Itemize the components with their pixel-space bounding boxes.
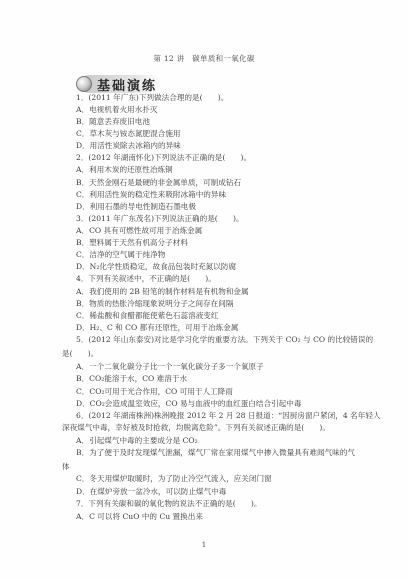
question-3-option-c: C．洁净的空气属于纯净物 <box>76 250 165 260</box>
question-2-option-b: B．天然金刚石是最硬的非金属单质，可制成钻石 <box>76 178 241 188</box>
question-2-option-a: A．利用木炭的还原性冶炼铜 <box>76 165 173 175</box>
question-6-stem: 6．(2012 年湖南株洲)株洲晚报 2012 年 2 月 28 日报道：“因厨… <box>76 411 381 421</box>
section-header: 基础演练 <box>76 73 157 95</box>
bullet-circle-icon <box>76 76 92 92</box>
question-4-option-b: B．物质的热胀冷缩现象说明分子之间存在间隔 <box>76 299 233 309</box>
question-4-option-c: C．稀盐酸和食醋都能使紫色石蕊溶液变红 <box>76 311 219 321</box>
question-1-option-a: A．电视机着火用水扑灭 <box>76 105 157 115</box>
question-6-stem-wrap: 深夜煤气中毒，幸好被及时抢救，均脱离危险”。下列有关叙述正确的是( )。 <box>62 423 330 433</box>
question-3-option-a: A．CO 具有可燃性故可用于冶炼金属 <box>76 226 202 236</box>
question-1-option-d: D．用活性炭除去冰箱内的异味 <box>76 141 181 151</box>
question-2-option-d: D．利用石墨的导电性制造石墨电极 <box>76 202 196 212</box>
question-2-stem: 2．(2012 年湖南怀化)下列说法不正确的是( )。 <box>76 153 251 163</box>
question-3-stem: 3．(2011 年广东茂名)下列说法正确的是( )。 <box>76 214 244 224</box>
question-3-option-d: D．N₂化学性质稳定，故食品包装时充氮以防腐 <box>76 262 236 272</box>
question-4-option-a: A．我们使用的 2B 铅笔的制作材料是有机物和金属 <box>76 287 249 297</box>
question-1-stem: 1．(2011 年广东)下列做法合理的是( )。 <box>76 93 228 103</box>
page-number: 1 <box>0 541 408 549</box>
question-7-stem: 7．下列有关碳和碳的氧化物的说法不正确的是( )。 <box>76 499 261 509</box>
question-6-option-b-wrap: 体 <box>62 462 70 472</box>
question-7-option-a: A．C 可以将 CuO 中的 Cu 置换出来 <box>76 512 203 522</box>
question-5-option-c: C．CO₂可用于光合作用，CO 可用于人工降雨 <box>76 387 233 397</box>
question-6-option-c: C．冬天用煤炉取暖时，为了防止冷空气流入，应关闭门窗 <box>76 474 272 484</box>
question-3-option-b: B．塑料属于天然有机高分子材料 <box>76 238 188 248</box>
question-5-option-d: D．CO₂会造成温室效应，CO 易与血液中的血红蛋白结合引起中毒 <box>76 399 301 409</box>
section-title: 基础演练 <box>97 75 157 94</box>
question-5-stem-wrap: 是( )。 <box>62 349 98 359</box>
chapter-title: 第 12 讲 碳单质和一氧化碳 <box>0 53 408 64</box>
document-page: 第 12 讲 碳单质和一氧化碳 基础演练 1．(2011 年广东)下列做法合理的… <box>0 0 408 580</box>
question-5-option-a: A．一个二氧化碳分子比一个一氧化碳分子多一个氧原子 <box>76 362 264 372</box>
question-6-option-d: D．在煤炉旁放一盆冷水，可以防止煤气中毒 <box>76 487 226 497</box>
question-5-stem: 5．(2012 年山东泰安)对比是学习化学的重要方法。下列关于 CO₂ 与 CO… <box>76 335 373 345</box>
question-5-option-b: B．CO₂能溶于水，CO 难溶于水 <box>76 374 187 384</box>
question-4-stem: 4．下列有关叙述中，不正确的是( )。 <box>76 274 216 284</box>
question-6-option-b: B．为了便于及时发现煤气泄漏，煤气厂常在家用煤气中掺入微量具有难闻气味的气 <box>76 448 355 458</box>
question-1-option-c: C．草木灰与铵态氮肥混合施用 <box>76 129 181 139</box>
question-1-option-b: B．随意丢弃废旧电池 <box>76 117 150 127</box>
question-6-option-a: A．引起煤气中毒的主要成分是 CO₂ <box>76 436 198 446</box>
question-4-option-d: D．H₂、C 和 CO 都有还原性，可用于冶炼金属 <box>76 323 238 333</box>
question-2-option-c: C．利用活性炭的稳定性来吸附冰箱中的异味 <box>76 190 226 200</box>
